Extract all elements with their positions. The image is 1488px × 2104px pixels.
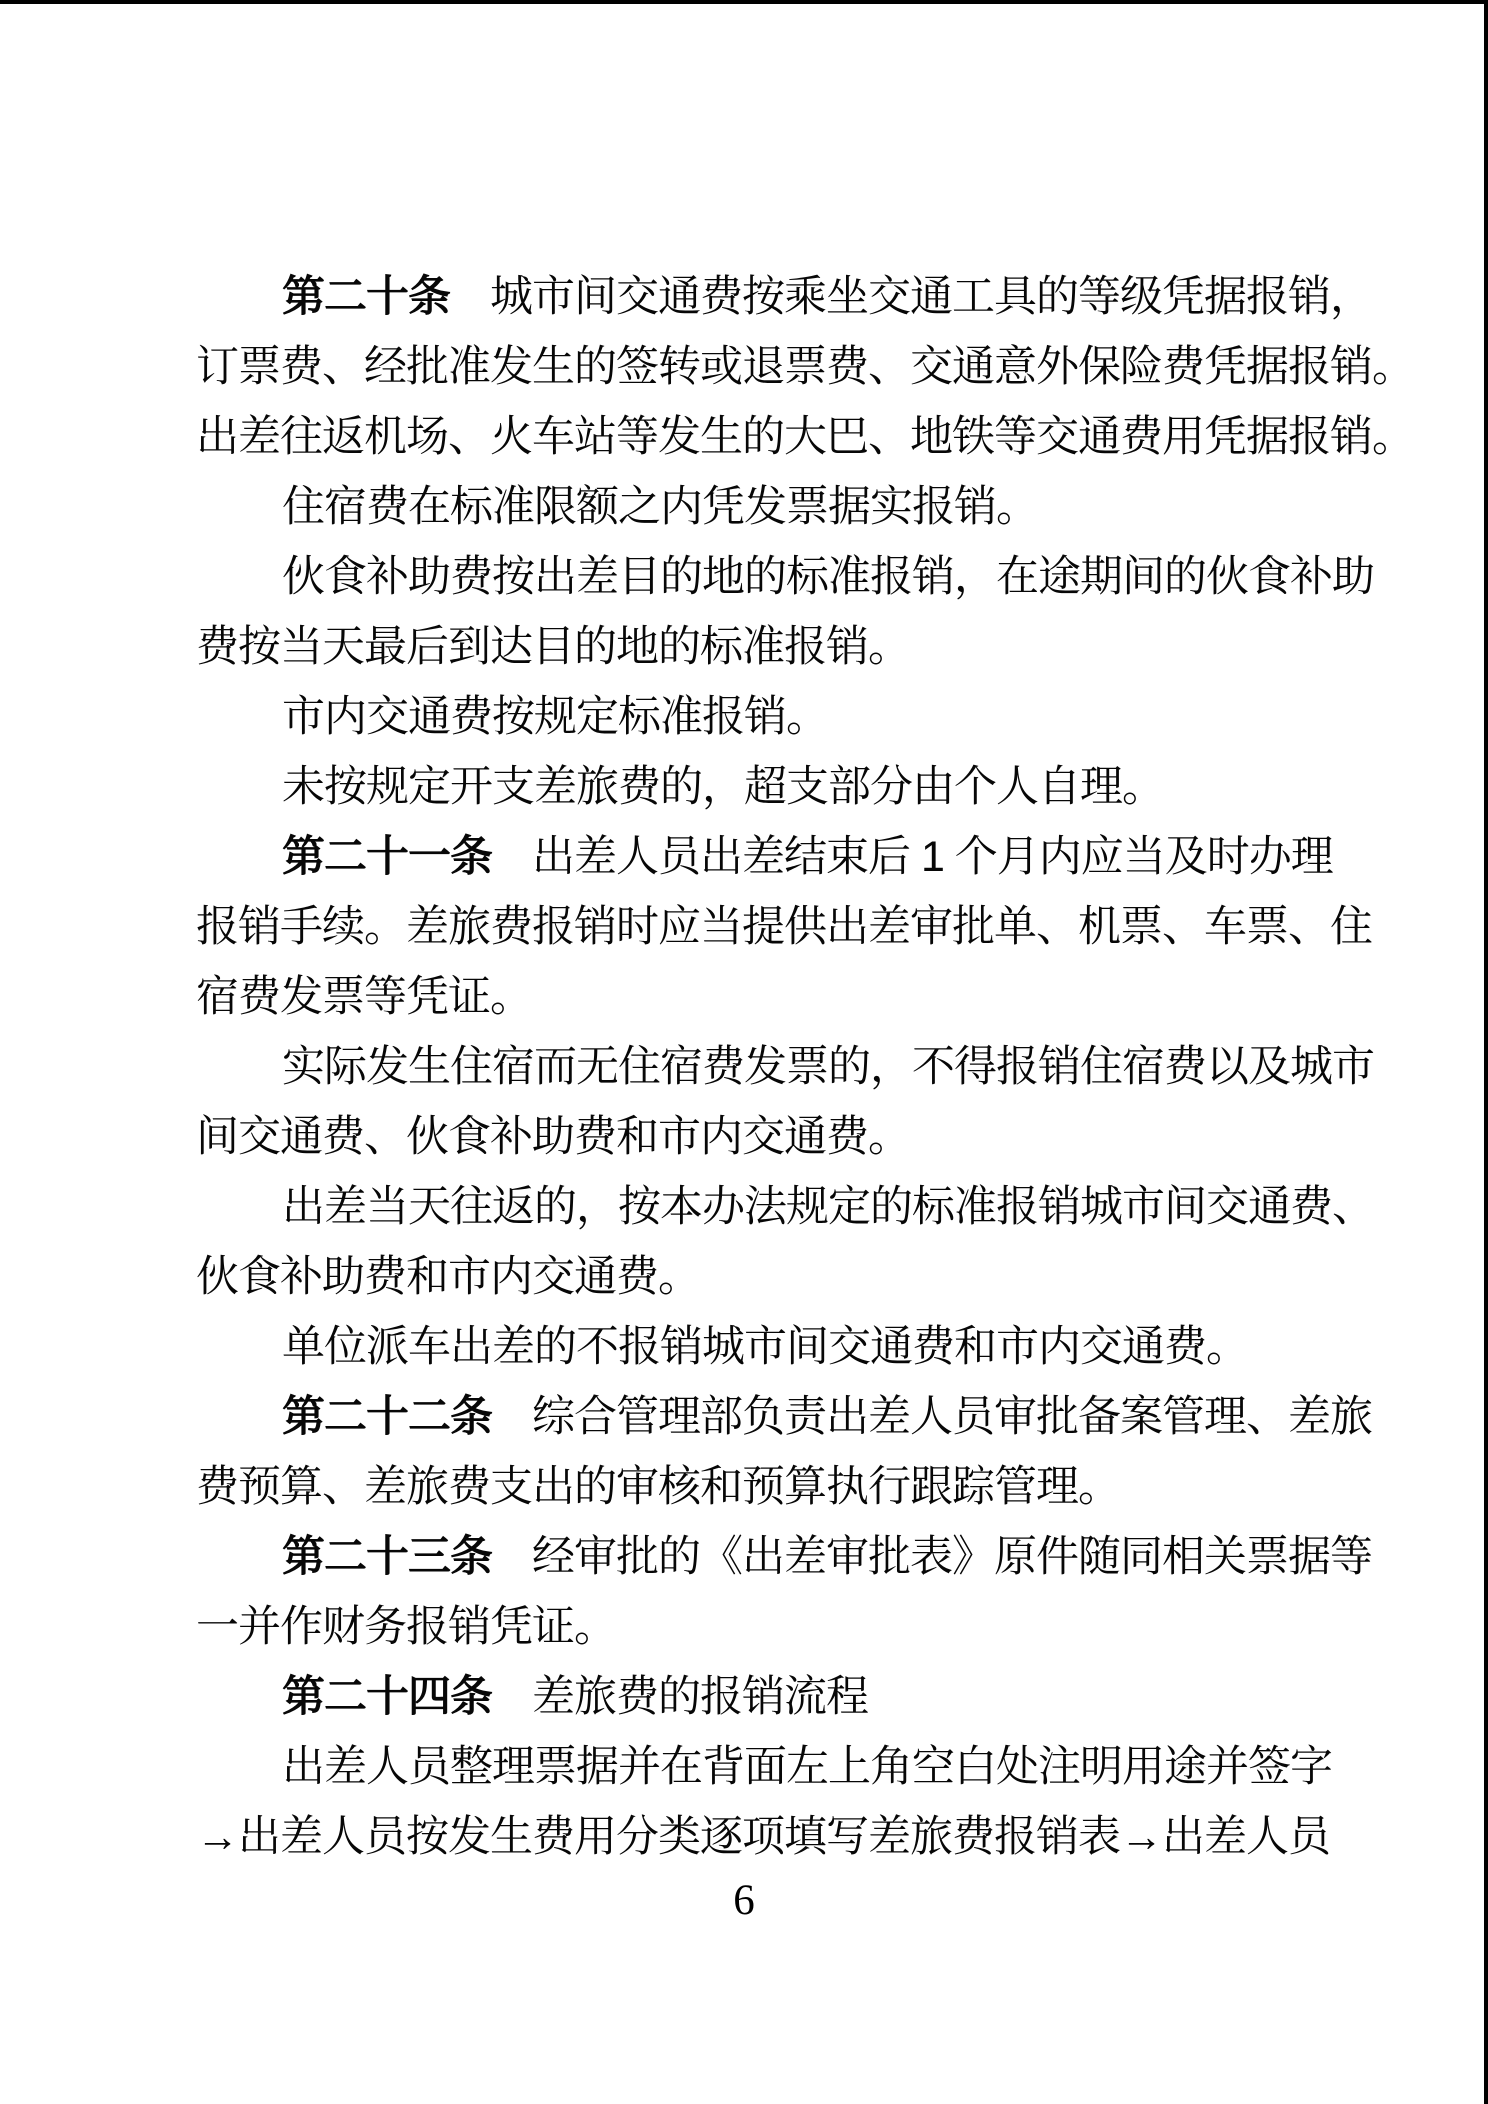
text-line: 第二十条城市间交通费按乘坐交通工具的等级凭据报销， <box>196 262 1306 332</box>
text-line-content: 市内交通费按规定标准报销。 <box>282 693 828 741</box>
text-line-content: 报销手续。差旅费报销时应当提供出差审批单、机票、车票、住 <box>196 903 1372 951</box>
text-line-content: 出差往返机场、火车站等发生的大巴、地铁等交通费用凭据报销。 <box>196 413 1414 461</box>
clause-heading: 第二十三条 <box>282 1533 492 1581</box>
text-line-content: 宿费发票等凭证。 <box>196 973 532 1021</box>
text-line: 伙食补助费按出差目的地的标准报销，在途期间的伙食补助 <box>196 542 1306 612</box>
text-line: 报销手续。差旅费报销时应当提供出差审批单、机票、车票、住 <box>196 892 1306 962</box>
text-line: 第二十二条综合管理部负责出差人员审批备案管理、差旅 <box>196 1382 1306 1452</box>
clause-heading: 第二十四条 <box>282 1673 492 1721</box>
text-line: →出差人员按发生费用分类逐项填写差旅费报销表→出差人员 <box>196 1802 1306 1872</box>
text-line-content: 未按规定开支差旅费的，超支部分由个人自理。 <box>282 763 1164 811</box>
text-line: 实际发生住宿而无住宿费发票的，不得报销住宿费以及城市 <box>196 1032 1306 1102</box>
clause-heading: 第二十条 <box>282 273 450 321</box>
text-line: 市内交通费按规定标准报销。 <box>196 682 1306 752</box>
document-page: 第二十条城市间交通费按乘坐交通工具的等级凭据报销，订票费、经批准发生的签转或退票… <box>0 0 1488 2104</box>
text-line-content: 间交通费、伙食补助费和市内交通费。 <box>196 1113 910 1161</box>
text-line-content: 伙食补助费和市内交通费。 <box>196 1253 700 1301</box>
text-line: 订票费、经批准发生的签转或退票费、交通意外保险费凭据报销。 <box>196 332 1306 402</box>
text-line-content: →出差人员按发生费用分类逐项填写差旅费报销表→出差人员 <box>196 1813 1330 1861</box>
text-line-content: 费按当天最后到达目的地的标准报销。 <box>196 623 910 671</box>
text-line: 第二十三条经审批的《出差审批表》原件随同相关票据等 <box>196 1522 1306 1592</box>
text-line-content: 出差人员整理票据并在背面左上角空白处注明用途并签字 <box>282 1743 1332 1791</box>
text-line-content: 住宿费在标准限额之内凭发票据实报销。 <box>282 483 1038 531</box>
text-line-content: 一并作财务报销凭证。 <box>196 1603 616 1651</box>
text-line-content: 经审批的《出差审批表》原件随同相关票据等 <box>532 1533 1372 1581</box>
text-line: 第二十一条出差人员出差结束后 1 个月内应当及时办理 <box>196 822 1306 892</box>
text-line: 伙食补助费和市内交通费。 <box>196 1242 1306 1312</box>
text-line-content: 实际发生住宿而无住宿费发票的，不得报销住宿费以及城市 <box>282 1043 1374 1091</box>
text-line-content: 订票费、经批准发生的签转或退票费、交通意外保险费凭据报销。 <box>196 343 1414 391</box>
page-frame-right-border <box>1484 0 1488 2104</box>
text-line: 单位派车出差的不报销城市间交通费和市内交通费。 <box>196 1312 1306 1382</box>
text-line-content: 城市间交通费按乘坐交通工具的等级凭据报销， <box>490 273 1372 321</box>
text-line: 费预算、差旅费支出的审核和预算执行跟踪管理。 <box>196 1452 1306 1522</box>
page-frame-top-border <box>0 0 1488 4</box>
text-line: 一并作财务报销凭证。 <box>196 1592 1306 1662</box>
clause-heading: 第二十一条 <box>282 833 492 881</box>
text-line: 间交通费、伙食补助费和市内交通费。 <box>196 1102 1306 1172</box>
text-line: 住宿费在标准限额之内凭发票据实报销。 <box>196 472 1306 542</box>
clause-heading: 第二十二条 <box>282 1393 492 1441</box>
text-line-content: 综合管理部负责出差人员审批备案管理、差旅 <box>532 1393 1372 1441</box>
text-line: 费按当天最后到达目的地的标准报销。 <box>196 612 1306 682</box>
text-line: 未按规定开支差旅费的，超支部分由个人自理。 <box>196 752 1306 822</box>
text-line: 出差当天往返的，按本办法规定的标准报销城市间交通费、 <box>196 1172 1306 1242</box>
text-line-content: 差旅费的报销流程 <box>532 1673 868 1721</box>
text-line-content: 出差当天往返的，按本办法规定的标准报销城市间交通费、 <box>282 1183 1374 1231</box>
text-line-content: 出差人员出差结束后 1 个月内应当及时办理 <box>532 833 1333 881</box>
text-line: 第二十四条差旅费的报销流程 <box>196 1662 1306 1732</box>
text-line: 出差往返机场、火车站等发生的大巴、地铁等交通费用凭据报销。 <box>196 402 1306 472</box>
text-line-content: 费预算、差旅费支出的审核和预算执行跟踪管理。 <box>196 1463 1120 1511</box>
text-line: 出差人员整理票据并在背面左上角空白处注明用途并签字 <box>196 1732 1306 1802</box>
text-line-content: 伙食补助费按出差目的地的标准报销，在途期间的伙食补助 <box>282 553 1374 601</box>
text-line-content: 单位派车出差的不报销城市间交通费和市内交通费。 <box>282 1323 1248 1371</box>
text-line: 宿费发票等凭证。 <box>196 962 1306 1032</box>
document-text-block: 第二十条城市间交通费按乘坐交通工具的等级凭据报销，订票费、经批准发生的签转或退票… <box>196 262 1306 1872</box>
page-number: 6 <box>0 1878 1488 1924</box>
